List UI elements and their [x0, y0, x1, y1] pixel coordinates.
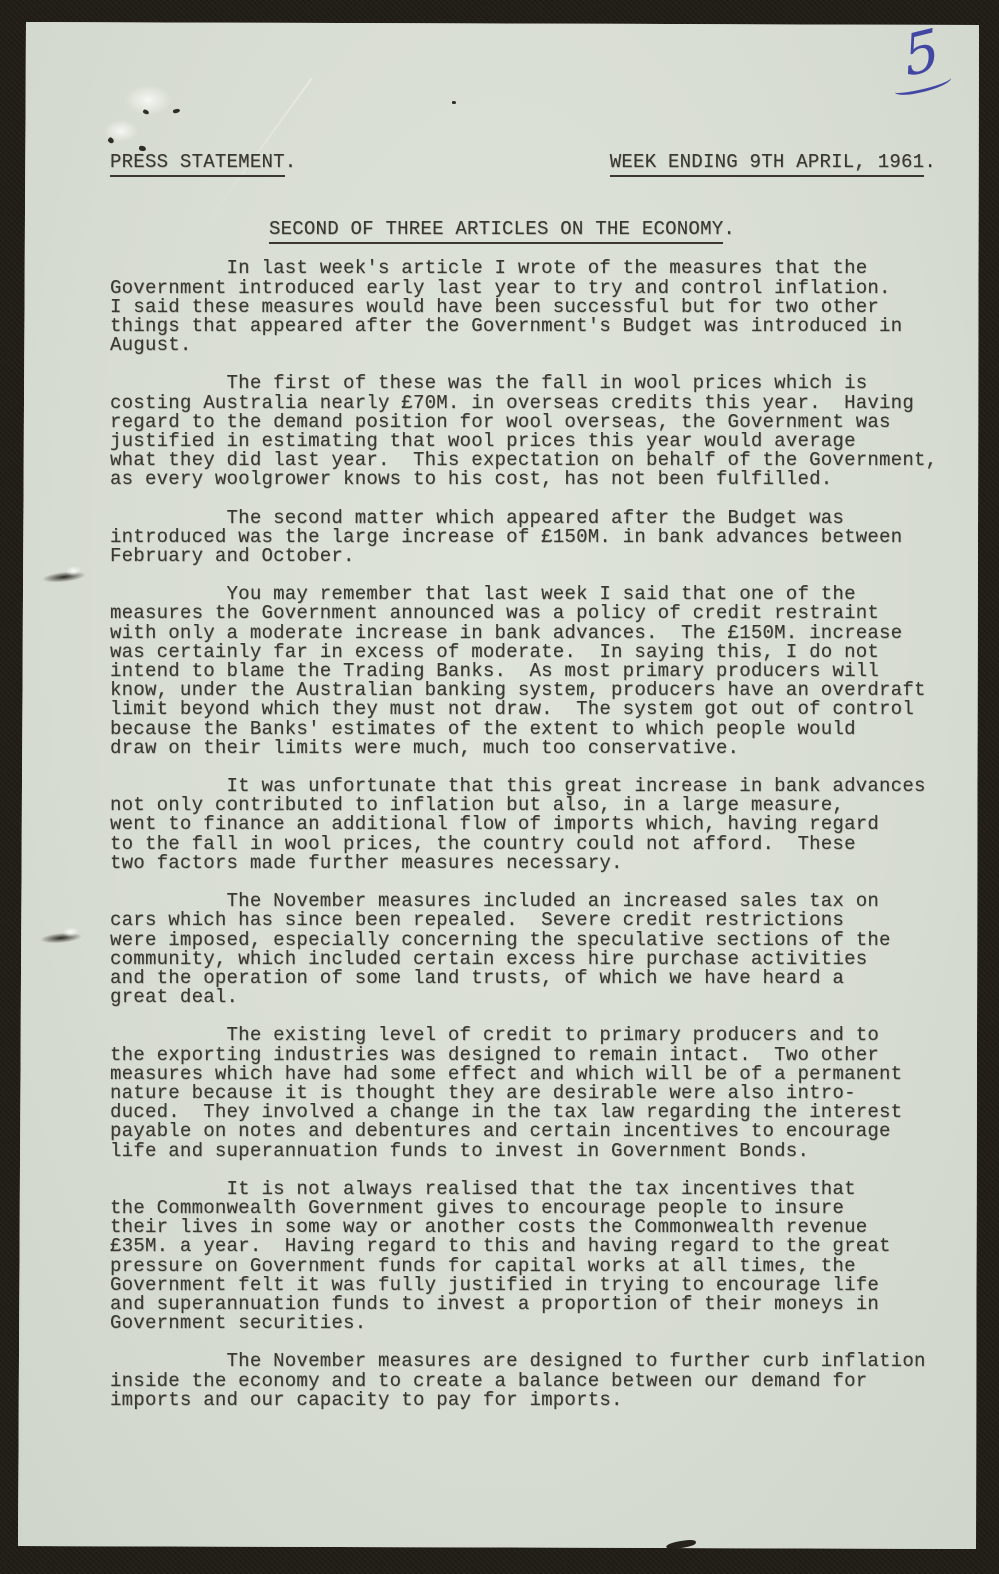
document-header: PRESS STATEMENT. WEEK ENDING 9TH APRIL, …	[110, 153, 950, 172]
paragraph-3: The second matter which appeared after t…	[110, 509, 950, 567]
scanned-document-photo: { "page": { "handwritten_page_number": "…	[0, 0, 999, 1574]
article-title-period: .	[723, 218, 735, 240]
typewritten-content: PRESS STATEMENT. WEEK ENDING 9TH APRIL, …	[110, 153, 950, 1429]
article-body: In last week's article I wrote of the me…	[110, 259, 950, 1410]
paragraph-5: It was unfortunate that this great incre…	[110, 777, 950, 873]
week-ending-label: WEEK ENDING 9TH APRIL, 1961	[610, 151, 925, 177]
press-statement-period: .	[285, 151, 297, 173]
paragraph-9: The November measures are designed to fu…	[110, 1352, 950, 1410]
header-left: PRESS STATEMENT.	[110, 153, 296, 172]
paragraph-6: The November measures included an increa…	[110, 892, 950, 1007]
handwritten-page-number: 5	[894, 26, 974, 116]
header-right: WEEK ENDING 9TH APRIL, 1961.	[610, 153, 936, 172]
ink-speck	[452, 101, 456, 104]
paragraph-1: In last week's article I wrote of the me…	[110, 259, 950, 355]
article-title: SECOND OF THREE ARTICLES ON THE ECONOMY.	[82, 220, 922, 239]
paragraph-7: The existing level of credit to primary …	[110, 1026, 950, 1160]
paragraph-2: The first of these was the fall in wool …	[110, 374, 950, 489]
article-title-text: SECOND OF THREE ARTICLES ON THE ECONOMY	[269, 218, 723, 244]
week-ending-period: .	[924, 151, 936, 173]
paragraph-8: It is not always realised that the tax i…	[110, 1180, 950, 1334]
paragraph-4: You may remember that last week I said t…	[110, 585, 950, 758]
press-statement-label: PRESS STATEMENT	[110, 151, 285, 177]
